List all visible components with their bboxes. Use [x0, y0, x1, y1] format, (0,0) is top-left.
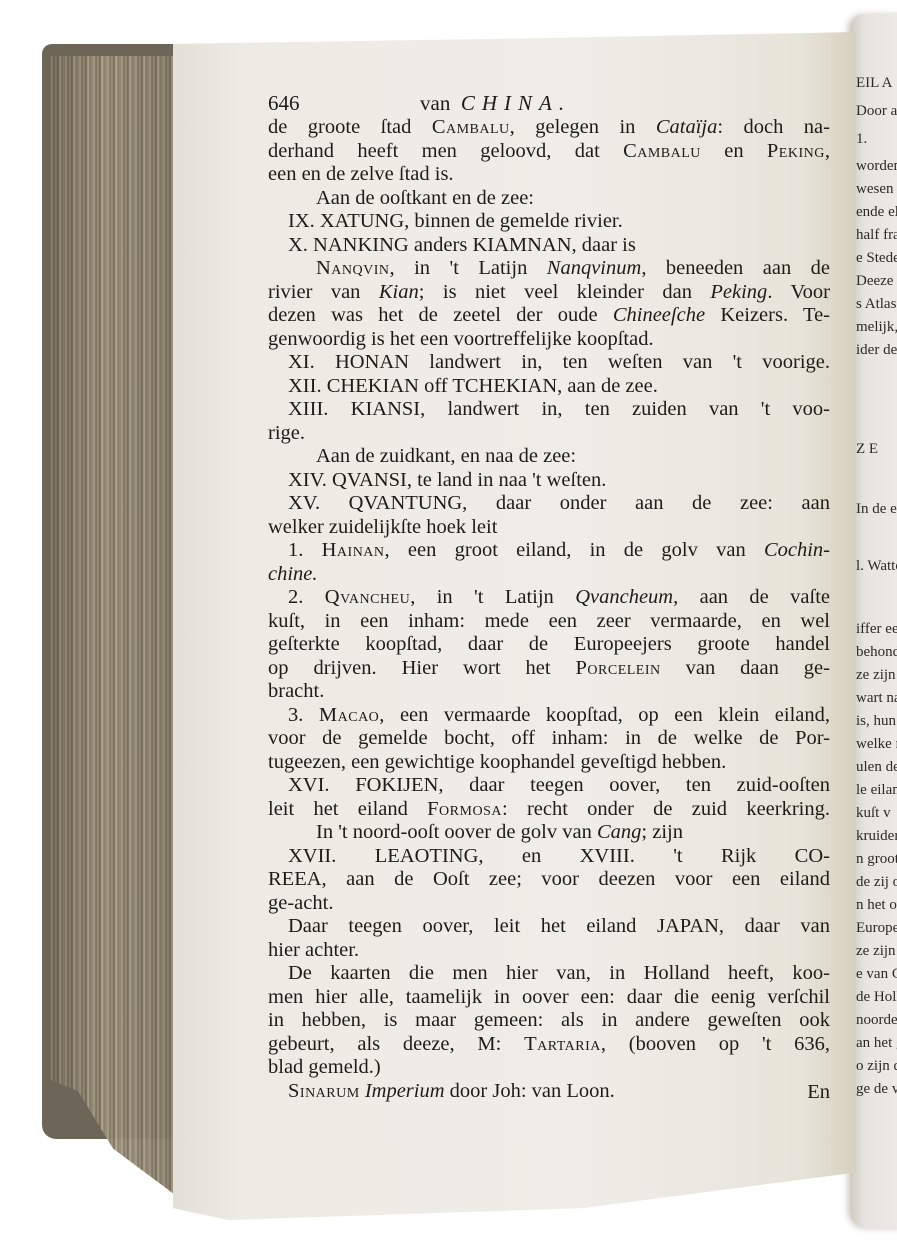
text-run: gebeurt, als deeze, M:	[268, 1033, 524, 1055]
running-head: van CHINA.	[420, 92, 571, 116]
text-run: De kaarten die men hier van, in Holland …	[288, 962, 830, 984]
facing-page-line: l. Watte	[856, 557, 897, 576]
facing-page-line: ze zijn	[856, 666, 896, 685]
text-run: Aan de ooſtkant en de zee:	[316, 187, 534, 209]
text-run: . Voor	[767, 281, 830, 303]
text-run: genwoordig is het een voortreffelijke ko…	[268, 328, 654, 350]
text-run: Daar teegen oover, leit het eiland JAPAN…	[288, 915, 830, 937]
text-run: men hier alle, taamelijk in oover een: d…	[268, 986, 830, 1008]
facing-page-line: ze zijn v	[856, 942, 897, 961]
facing-page-line: de Holl	[856, 988, 897, 1007]
text-line: 1. Hainan, een groot eiland, in de golv …	[268, 539, 830, 563]
facing-page-line: In de e	[856, 500, 897, 519]
text-line: geſterkte koopſtad, daar de Europeejers …	[268, 633, 830, 657]
text-run: , aan de vaſte	[673, 586, 830, 608]
text-line: Daar teegen oover, leit het eiland JAPAN…	[268, 915, 830, 939]
text-line: In 't noord-ooſt oover de golv van Cang;…	[268, 821, 830, 845]
italic-run: Imperium	[365, 1080, 445, 1102]
text-run: X. NANKING anders KIAMNAN, daar is	[288, 234, 636, 256]
facing-page-line: Deeze ver	[856, 272, 897, 291]
small-caps-run: Porcelein	[576, 657, 661, 679]
text-line: XVII. LEAOTING, en XVIII. 't Rijk CO-	[268, 845, 830, 869]
facing-page-line: e van CA	[856, 965, 897, 984]
book-photograph: EIL ADoor al de la1.worden allwesen onde…	[0, 0, 897, 1260]
text-line: Nanqvin, in 't Latijn Nanqvinum, beneede…	[268, 257, 830, 281]
text-run: , gelegen in	[510, 116, 656, 138]
text-run: XIII. KIANSI, landwert in, ten zuiden va…	[288, 398, 830, 420]
italic-run: Cochin-	[764, 539, 830, 561]
text-line: chine.	[268, 563, 830, 587]
italic-run: Cataïja	[656, 116, 718, 138]
text-run: , in 't Latijn	[410, 586, 575, 608]
text-line: De kaarten die men hier van, in Holland …	[268, 962, 830, 986]
facing-page-line: ider de k	[856, 341, 897, 360]
facing-page-line: worden all	[856, 157, 897, 176]
text-run: de groote ſtad	[268, 116, 432, 138]
text-line: welker zuidelijkſte hoek leit	[268, 516, 830, 540]
small-caps-run: Formosa	[427, 798, 502, 820]
text-line: gebeurt, als deeze, M: Tartaria, (booven…	[268, 1033, 830, 1057]
text-run: XV. QVANTUNG, daar onder aan de zee: aan	[288, 492, 830, 514]
running-head-prefix: van	[420, 91, 450, 115]
facing-page-line: Europeej	[856, 919, 897, 938]
text-line: ge-acht.	[268, 892, 830, 916]
facing-page-line: kruider	[856, 827, 897, 846]
text-run: blad gemeld.)	[268, 1056, 381, 1078]
text-line: XII. CHEKIAN off TCHEKIAN, aan de zee.	[268, 375, 830, 399]
text-run: In 't noord-ooſt oover de golv van	[316, 821, 597, 843]
text-run: : recht onder de zuid keerkring.	[502, 798, 830, 820]
text-line: XVI. FOKIJEN, daar teegen oover, ten zui…	[268, 774, 830, 798]
text-run: leit het eiland	[268, 798, 427, 820]
text-run: : doch na-	[717, 116, 830, 138]
facing-page-line: o zijn d	[856, 1057, 897, 1076]
facing-page-line: half fraaije	[856, 226, 897, 245]
italic-run: Chineeſche	[613, 304, 705, 326]
body-text: de groote ſtad Cambalu, gelegen in Cataï…	[268, 116, 830, 1103]
text-line: Sinarum Imperium door Joh: van Loon.	[268, 1080, 830, 1104]
text-run: ; zijn	[641, 821, 683, 843]
text-line: hier achter.	[268, 939, 830, 963]
page-block-shading	[50, 56, 190, 1206]
text-run: derhand heeft men geloovd, dat	[268, 140, 623, 162]
text-run: ge-acht.	[268, 892, 333, 914]
text-line: XIV. QVANSI, te land in naa 't weſten.	[268, 469, 830, 493]
facing-page-line: melijk, in	[856, 318, 897, 337]
small-caps-run: Cambalu	[623, 140, 701, 162]
text-run: Keizers. Te-	[705, 304, 830, 326]
text-run: 1.	[288, 539, 322, 561]
text-run: dezen was het de zeetel der oude	[268, 304, 613, 326]
text-line: rige.	[268, 422, 830, 446]
text-line: kuſt, in een inham: mede een zeer vermaa…	[268, 610, 830, 634]
text-line: genwoordig is het een voortreffelijke ko…	[268, 328, 830, 352]
facing-page-line: welke no	[856, 735, 897, 754]
facing-page-line: wart naa	[856, 689, 897, 708]
italic-run: Kian	[379, 281, 419, 303]
text-line: dezen was het de zeetel der oude Chineeſ…	[268, 304, 830, 328]
text-run: XI. HONAN landwert in, ten weſten van 't…	[288, 351, 830, 373]
text-line: XI. HONAN landwert in, ten weſten van 't…	[268, 351, 830, 375]
text-line: 2. Qvancheu, in 't Latijn Qvancheum, aan…	[268, 586, 830, 610]
small-caps-run: Cambalu	[432, 116, 510, 138]
facing-page-line: le eiland	[856, 781, 897, 800]
text-line: Aan de ooſtkant en de zee:	[268, 187, 830, 211]
small-caps-run: Peking	[767, 140, 825, 162]
italic-run: Qvancheum	[575, 586, 673, 608]
facing-page: EIL ADoor al de la1.worden allwesen onde…	[850, 14, 897, 1229]
text-line: IX. XATUNG, binnen de gemelde rivier.	[268, 210, 830, 234]
running-head-title: CHINA.	[461, 91, 571, 115]
text-run: een en de zelve ſtad is.	[268, 163, 454, 185]
text-run: rige.	[268, 422, 305, 444]
text-line: 3. Macao, een vermaarde koopſtad, op een…	[268, 704, 830, 728]
facing-page-line: de zij oon	[856, 873, 897, 892]
text-run: van daan ge-	[661, 657, 830, 679]
text-run: 3.	[288, 704, 319, 726]
text-run: IX. XATUNG, binnen de gemelde rivier.	[288, 210, 623, 232]
facing-page-line: an het g	[856, 1034, 897, 1053]
text-run: welker zuidelijkſte hoek leit	[268, 516, 497, 538]
text-line: XV. QVANTUNG, daar onder aan de zee: aan	[268, 492, 830, 516]
text-line: men hier alle, taamelijk in oover een: d…	[268, 986, 830, 1010]
facing-page-line: Door al de la	[856, 102, 897, 121]
facing-page-line: behonde	[856, 643, 897, 662]
text-run: op drijven. Hier wort het	[268, 657, 576, 679]
text-run: bracht.	[268, 680, 324, 702]
text-line: voor de gemelde bocht, off inham: in de …	[268, 727, 830, 751]
small-caps-run: Sinarum	[288, 1080, 360, 1102]
facing-page-line: e Steden,	[856, 249, 897, 268]
text-line: in hebben, is maar gemeen: als in andere…	[268, 1009, 830, 1033]
facing-page-line: Z E	[856, 440, 878, 459]
catchword-line: En	[268, 1103, 830, 1127]
facing-page-line: n groot	[856, 850, 897, 869]
italic-run: Cang	[597, 821, 641, 843]
text-run: tugeezen, een gewichtige koophandel geve…	[268, 751, 726, 773]
text-run: , beneeden aan de	[641, 257, 830, 279]
text-run: Aan de zuidkant, en naa de zee:	[316, 445, 576, 467]
facing-page-line: 1.	[856, 130, 867, 149]
text-run: , in 't Latijn	[390, 257, 547, 279]
italic-run: Nanqvinum	[547, 257, 642, 279]
text-line: tugeezen, een gewichtige koophandel geve…	[268, 751, 830, 775]
facing-page-line: EIL A	[856, 74, 893, 93]
text-run: ; is niet veel kleinder dan	[419, 281, 711, 303]
text-run: XII. CHEKIAN off TCHEKIAN, aan de zee.	[288, 375, 658, 397]
text-run: in hebben, is maar gemeen: als in andere…	[268, 1009, 830, 1031]
text-run: door Joh: van Loon.	[445, 1080, 615, 1102]
italic-run: chine.	[268, 563, 318, 585]
text-line: X. NANKING anders KIAMNAN, daar is	[268, 234, 830, 258]
facing-page-line: s Atlas; in	[856, 295, 897, 314]
facing-page-line: n het ov	[856, 896, 897, 915]
small-caps-run: Hainan	[322, 539, 385, 561]
small-caps-run: Nanqvin	[316, 257, 390, 279]
facing-page-line: noorde	[856, 1011, 897, 1030]
text-run: hier achter.	[268, 939, 359, 961]
small-caps-run: Macao	[319, 704, 379, 726]
text-run: REEA, aan de Ooſt zee; voor deezen voor …	[268, 868, 830, 890]
facing-page-line: is, hun	[856, 712, 896, 731]
text-line: Aan de zuidkant, en naa de zee:	[268, 445, 830, 469]
facing-page-line: ge de v	[856, 1080, 897, 1099]
text-line: rivier van Kian; is niet veel kleinder d…	[268, 281, 830, 305]
text-run: XIV. QVANSI, te land in naa 't weſten.	[288, 469, 606, 491]
text-run: , een groot eiland, in de golv van	[385, 539, 764, 561]
facing-page-line: ende elk w	[856, 203, 897, 222]
text-run: geſterkte koopſtad, daar de Europeejers …	[268, 633, 830, 655]
text-line: de groote ſtad Cambalu, gelegen in Cataï…	[268, 116, 830, 140]
text-run: kuſt, in een inham: mede een zeer vermaa…	[268, 610, 830, 632]
text-run: XVI. FOKIJEN, daar teegen oover, ten zui…	[288, 774, 830, 796]
italic-run: Peking	[710, 281, 767, 303]
text-line: bracht.	[268, 680, 830, 704]
text-run: rivier van	[268, 281, 379, 303]
text-line: leit het eiland Formosa: recht onder de …	[268, 798, 830, 822]
facing-page-line: kuſt v	[856, 804, 891, 823]
text-run: voor de gemelde bocht, off inham: in de …	[268, 727, 830, 749]
text-run: ,	[825, 140, 830, 162]
page-text: 646 van CHINA. de groote ſtad Cambalu, g…	[268, 92, 830, 1127]
text-run: , een vermaarde koopſtad, op een klein e…	[379, 704, 830, 726]
text-line: derhand heeft men geloovd, dat Cambalu e…	[268, 140, 830, 164]
page-number: 646	[268, 92, 300, 116]
page-header: 646 van CHINA.	[268, 92, 830, 116]
small-caps-run: Tartaria	[524, 1033, 601, 1055]
text-line: op drijven. Hier wort het Porcelein van …	[268, 657, 830, 681]
text-line: blad gemeld.)	[268, 1056, 830, 1080]
text-run: en	[701, 140, 767, 162]
text-line: een en de zelve ſtad is.	[268, 163, 830, 187]
text-line: REEA, aan de Ooſt zee; voor deezen voor …	[268, 868, 830, 892]
text-run: XVII. LEAOTING, en XVIII. 't Rijk CO-	[288, 845, 830, 867]
text-run: 2.	[288, 586, 325, 608]
text-line: XIII. KIANSI, landwert in, ten zuiden va…	[268, 398, 830, 422]
text-run: , (booven op 't 636,	[601, 1033, 830, 1055]
facing-page-line: wesen onde	[856, 180, 897, 199]
catchword: En	[807, 1081, 830, 1105]
facing-page-line: iffer een	[856, 620, 897, 639]
facing-page-line: ulen de z	[856, 758, 897, 777]
small-caps-run: Qvancheu	[325, 586, 410, 608]
